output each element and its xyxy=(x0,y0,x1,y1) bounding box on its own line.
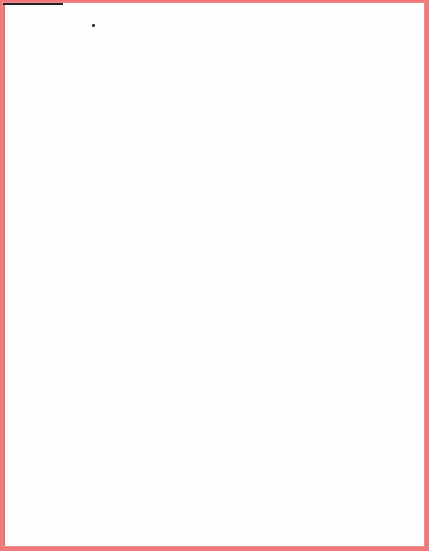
agreement-page xyxy=(3,3,424,546)
document-page xyxy=(2,2,425,547)
speck xyxy=(92,24,95,27)
